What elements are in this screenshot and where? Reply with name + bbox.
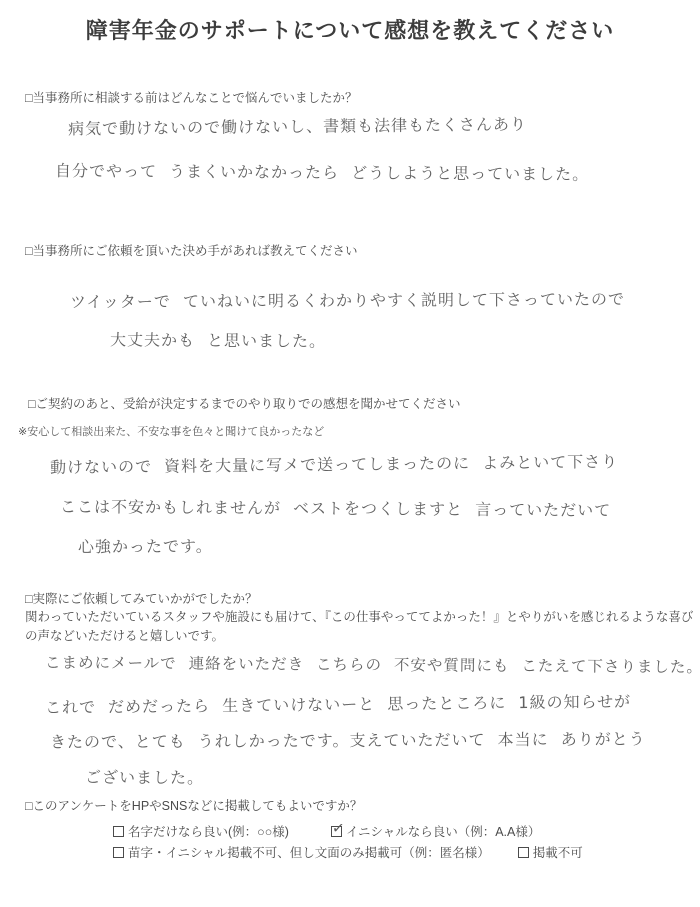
question-2-answer-line-1: ツイッターで ていねいに明るくわかりやすく説明して下さっていたので <box>70 287 625 313</box>
question-4-answer-line-2: これで だめだったら 生きていけないーと 思ったところに 1級の知らせが <box>45 689 631 718</box>
publish-option-initials: イニシャルなら良い（例：A.A様） <box>331 822 540 840</box>
question-1-answer-line-1: 病気で動けないので働けないし、書類も法律もたくさんあり <box>68 112 527 140</box>
question-4-description-line-2: の声などいただけると嬉しいです。 <box>25 626 224 644</box>
publish-option-name-only-label: 名字だけなら良い(例：○○様) <box>128 822 289 840</box>
publish-option-text-only-label: 苗字・イニシャル掲載不可、但し文面のみ掲載可（例：匿名様） <box>128 843 490 861</box>
question-2-label: □当事務所にご依頼を頂いた決め手があれば教えてください <box>25 241 358 259</box>
question-1-label: □当事務所に相談する前はどんなことで悩んでいましたか？ <box>25 88 358 106</box>
publish-option-initials-label: イニシャルなら良い（例：A.A様） <box>346 822 540 840</box>
publish-option-no-publish: 掲載不可 <box>518 843 583 861</box>
publish-options-row-1: 名字だけなら良い(例：○○様) イニシャルなら良い（例：A.A様） <box>113 822 540 840</box>
question-2-answer-line-2: 大丈夫かも と思いました。 <box>110 327 326 352</box>
publish-options-row-2: 苗字・イニシャル掲載不可、但し文面のみ掲載可（例：匿名様） 掲載不可 <box>113 843 583 861</box>
question-4-label: □実際にご依頼してみていかがでしたか？ <box>25 589 258 607</box>
form-title: 障害年金のサポートについて感想を教えてください <box>0 14 700 45</box>
question-5-label: □このアンケートをHPやSNSなどに掲載してもよいですか？ <box>25 796 362 814</box>
checkbox-initials[interactable] <box>331 826 342 837</box>
survey-form-scan: 障害年金のサポートについて感想を教えてください □当事務所に相談する前はどんなこ… <box>0 0 700 907</box>
question-1-answer-line-2: 自分でやって うまくいかなかったら どうしようと思っていました。 <box>55 158 589 185</box>
question-4-answer-line-4: ございました。 <box>85 765 204 789</box>
question-4-answer-line-1: こまめにメールで 連絡をいただき こちらの 不安や質問にも こたえて下さりました… <box>45 651 700 678</box>
question-3-answer-line-3: 心強かったです。 <box>78 534 213 558</box>
checkbox-no-publish[interactable] <box>518 847 529 858</box>
question-3-answer-line-2: ここは不安かもしれませんが ベストをつくしますと 言っていただいて <box>60 494 611 521</box>
publish-option-text-only: 苗字・イニシャル掲載不可、但し文面のみ掲載可（例：匿名様） <box>113 843 490 861</box>
question-3-note: ※安心して相談出来た、不安な事を色々と聞けて良かったなど <box>18 423 324 439</box>
checkbox-name-only[interactable] <box>113 826 124 837</box>
question-4-description-line-1: 関わっていただいているスタッフや施設にも届けて、『この仕事やっててよかった！』と… <box>25 607 693 625</box>
question-4-answer-line-3: きたので、とても うれしかったです。支えていただいて 本当に ありがとう <box>50 726 646 752</box>
question-3-label: □ご契約のあと、受給が決定するまでのやり取りでの感想を聞かせてください <box>28 394 461 412</box>
question-3-answer-line-1: 動けないので 資料を大量に写メで送ってしまったのに よみといて下さり <box>50 449 618 478</box>
publish-option-name-only: 名字だけなら良い(例：○○様) <box>113 822 289 840</box>
checkbox-text-only[interactable] <box>113 847 124 858</box>
publish-option-no-publish-label: 掲載不可 <box>533 843 583 861</box>
